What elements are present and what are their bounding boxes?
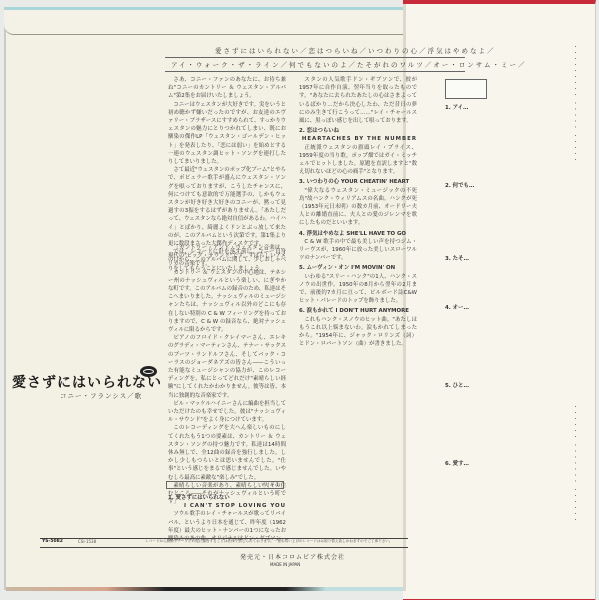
obi-spine-text-bottom: ・・・・・・ ・・・・・・・ ・・・・・・ (572, 404, 579, 523)
side-label: サイド 1 (262, 483, 279, 488)
track-3-title-en: YOUR CHEATIN' HEART (341, 179, 409, 185)
track-6-title-jp: 6. 涙もかれて (299, 308, 334, 314)
liner-notes-column-2: スタンの人気歌手ドン・ギブソンで、彼が1957年に自作自演、翌年当りを取ったもの… (299, 76, 417, 534)
track-1-notes: 1. 愛さずにはいられない I CAN'T STOP LOVING YOU ソウ… (168, 492, 286, 543)
side-label-box: サイド 1 (166, 481, 284, 489)
track-title: 1. アイ… (445, 104, 485, 112)
liner-notes-column-3: 1. アイ… 2. 何でも… 3. たそ… 4. オー… 5. ひと… 6. 愛… (445, 102, 485, 532)
track-3-title-jp: 3. いつわりの心 (299, 179, 339, 185)
track-title: 4. オー… (445, 304, 485, 312)
track-4-title-en: SHE'LL HAVE TO GO (346, 231, 406, 237)
cover-edge-strip (6, 587, 406, 591)
paragraph: 「カントリー・アンド・ウェスタン音楽は、現代の"ビッグ・サウンド"です。すばらし… (168, 244, 286, 269)
obi-spine-text-top: ・・・・・・・・・ ・・・・・ ・・・・・ (572, 44, 579, 163)
track-title: 6. 愛す… (445, 460, 485, 468)
paragraph: さて最近"ウェスタンのポップ化ブーム"とやらで、ポピュラー歌手が盛んにウェスタン… (168, 166, 286, 248)
paragraph: コニーはウェスタンが大好きです。実をいうと初め聴かず嫌いだったのですが、お友達の… (168, 101, 286, 167)
made-in-japan: MADE IN JAPAN (270, 562, 300, 567)
track-2-title-jp: 2. 恋はつらいね (299, 127, 417, 135)
sleeve-flap (4, 10, 408, 35)
track-2-title-en: HEARTACHES BY THE NUMBER (299, 135, 417, 143)
track-5-title-jp: 5. ムーヴィン・オン (299, 265, 349, 271)
track-list-header: 愛さずにはいられない／恋はつらいね／いつわりの心／浮気はやめなよ／ アイ・ウォー… (165, 44, 465, 72)
track-1-title-jp: 1. 愛さずにはいられない (168, 494, 286, 502)
track-5-description: いわゆる"スリー・ハンク"の1人、ハンク・スノウの出世作。1950年の8月から翌… (299, 273, 417, 306)
track-6-title-en: I DON'T HURT ANYMORE (336, 308, 409, 314)
obi-strip: ・・・・・・・・・ ・・・・・ ・・・・・ ・・・・・・ ・・・・・・・ ・・・… (403, 0, 596, 600)
track-list-line-2: アイ・ウォーク・ザ・ライン／何でもないのよ／たそがれのワルツ／オー・ロンサム・ミ… (165, 58, 465, 72)
paragraph: カントリー ＆ ウェスタンの中心地は、テネシー州のナッシュヴィルという楽しい、に… (168, 269, 286, 335)
empty-box (445, 79, 487, 99)
artist-credit: コニー・フランシス／歌 (60, 391, 142, 400)
liner-notes-column-1b: 「カントリー・アンド・ウェスタン音楽は、現代の"ビッグ・サウンド"です。すばらし… (168, 244, 286, 507)
track-4-title-jp: 4. 浮気はやめなよ (299, 231, 344, 237)
album-title: 愛さずにはいられない (12, 372, 162, 392)
track-title: 3. たそ… (445, 255, 485, 263)
track-4-description: C & W 歌手の中で最も美しい声を持つジム・リーヴスが、1960年に放った美し… (299, 238, 417, 263)
track-5-title-en: I'M MOVIN' ON (351, 265, 395, 271)
paragraph: このレコーディングを大へん楽しいものにしてくれたもう1つの要素は、カントリー ＆… (168, 424, 286, 481)
catalog-number: YS-5082 (42, 539, 63, 544)
secondary-code: CSI-1538 (78, 539, 96, 544)
publisher: 発売元・日本コロムビア株式会社 (240, 552, 345, 561)
track-2-description: 正統派ウェスタンの旗頭レイ・プライス、1959年度の当り歌。ポップ畑ではガイ・ミ… (299, 144, 417, 177)
track-6-description: これもハンク・スノウのヒット曲。"あたしはもうこれ以上悩まないわ。涙もかれてしま… (299, 316, 417, 349)
paragraph: スタンの人気歌手ドン・ギブソンで、彼が1957年に自作自演、翌年当りを取ったもの… (299, 76, 417, 125)
track-title: 5. ひと… (445, 382, 485, 390)
track-1-title-en: I CAN'T STOP LOVING YOU (168, 502, 286, 510)
paragraph: さあ、コニー・ファンのあなたに、お待ち兼ね"コニーのカントリー ＆ ウェスタン・… (168, 76, 286, 101)
track-3-description: "偉大なるウェスタン・ミュージックの不死鳥"故ハンク・ウィリアムスの名曲。ハンク… (299, 187, 417, 228)
paragraph: ピアノのフロイド・クレイマーさん、エレキのグラディ・マーティンさん、テナー・サッ… (168, 334, 286, 400)
track-list-line-1: 愛さずにはいられない／恋はつらいね／いつわりの心／浮気はやめなよ／ (165, 44, 465, 58)
track-title: 2. 何でも… (445, 182, 485, 190)
paragraph: ビル・マッケルハイニーさんに編曲を担当していただけたのも幸せでした。彼は"ナッシ… (168, 400, 286, 425)
copyright-warning: レコードから無断でテープその他に録音することは法律で禁じられております。一度お買… (145, 539, 393, 544)
